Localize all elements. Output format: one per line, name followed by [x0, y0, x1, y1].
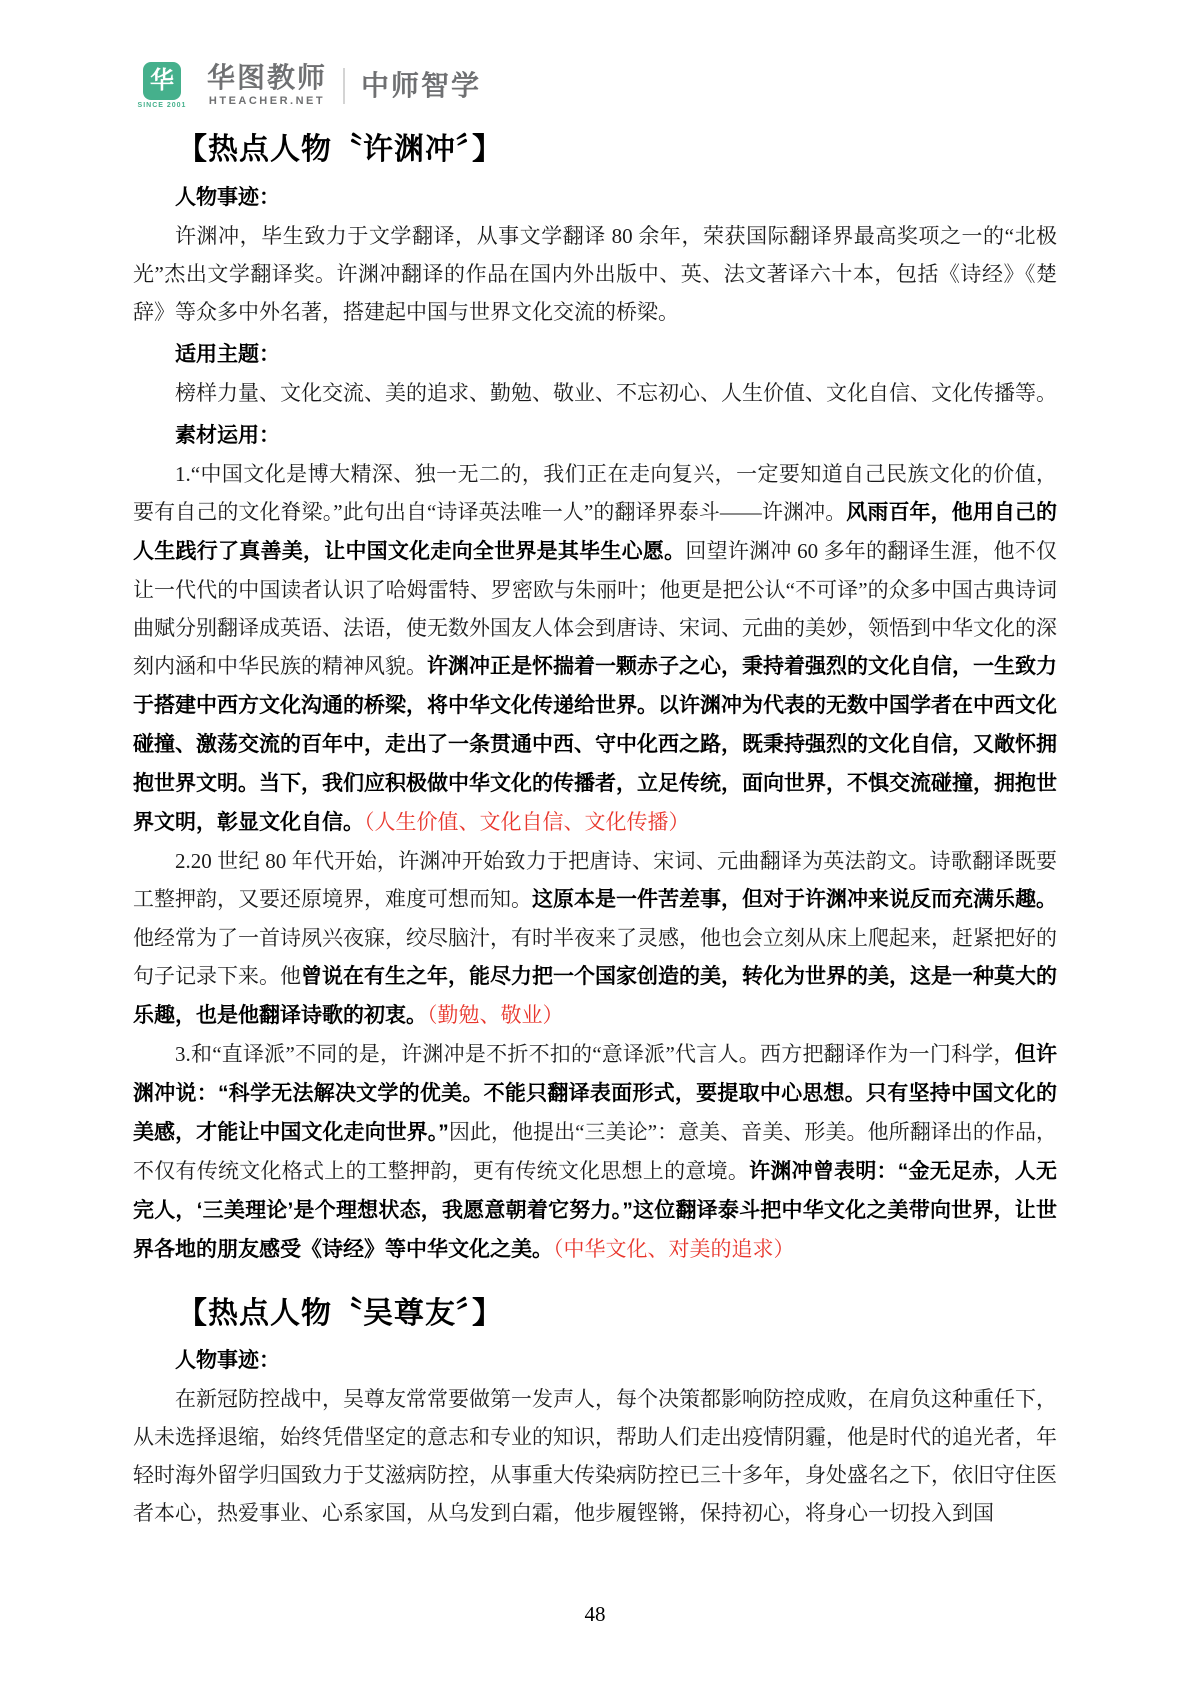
text-run-red: （中华文化、对美的追求） [553, 1237, 795, 1261]
huatu-logo-icon: 华 SINCE 2001 [133, 62, 191, 109]
page-footer: 48 [133, 1602, 1057, 1627]
text-run-normal: 在新冠防控战中，吴尊友常常要做第一发声人，每个决策都影响防控成败，在肩负这种重任… [133, 1387, 1057, 1525]
brand-name-cn-block: 华图教师 HTEACHER.NET [207, 64, 327, 107]
text-run-bold: 许渊冲正是怀揣着一颗赤子之心，秉持着强烈的文化自信，一生致力于搭建中西方文化沟通… [133, 655, 1057, 834]
document-body: 【热点人物〝许渊冲〞】人物事迹：许渊冲，毕生致力于文学翻译，从事文学翻译 80 … [133, 115, 1057, 1532]
paragraph: 榜样力量、文化交流、美的追求、勤勉、敬业、不忘初心、人生价值、文化自信、文化传播… [133, 374, 1057, 412]
document-page: 华 SINCE 2001 华图教师 HTEACHER.NET 中师智学 【热点人… [0, 0, 1190, 1683]
page-number: 48 [585, 1602, 606, 1626]
text-run-normal: 许渊冲，毕生致力于文学翻译，从事文学翻译 80 余年，荣获国际翻译界最高奖项之一… [133, 224, 1057, 324]
brand-divider [343, 68, 345, 104]
paragraph: 2.20 世纪 80 年代开始，许渊冲开始致力于把唐诗、宋词、元曲翻译为英法韵文… [133, 842, 1057, 1035]
huatu-logo-glyph: 华 [143, 62, 181, 100]
subhead: 人物事迹： [133, 1342, 1057, 1380]
subhead: 适用主题： [133, 336, 1057, 374]
paragraph: 许渊冲，毕生致力于文学翻译，从事文学翻译 80 余年，荣获国际翻译界最高奖项之一… [133, 217, 1057, 331]
section-heading: 【热点人物〝许渊冲〞】 [177, 131, 1057, 169]
subhead: 人物事迹： [133, 179, 1057, 217]
brand-name-right: 中师智学 [361, 72, 481, 100]
brand-name-en: HTEACHER.NET [209, 95, 325, 107]
text-run-red: （人生价值、文化自信、文化传播） [364, 810, 690, 834]
text-run-normal: 榜样力量、文化交流、美的追求、勤勉、敬业、不忘初心、人生价值、文化自信、文化传播… [175, 381, 1057, 405]
subhead: 素材运用： [133, 417, 1057, 455]
paragraph: 在新冠防控战中，吴尊友常常要做第一发声人，每个决策都影响防控成败，在肩负这种重任… [133, 1380, 1057, 1532]
brand-name-cn: 华图教师 [207, 64, 327, 92]
paragraph: 1.“中国文化是博大精深、独一无二的，我们正在走向复兴，一定要知道自己民族文化的… [133, 455, 1057, 842]
text-run-normal: 3.和“直译派”不同的是，许渊冲是不折不扣的“意译派”代言人。西方把翻译作为一门… [175, 1042, 1015, 1066]
section-heading: 【热点人物〝吴尊友〞】 [177, 1295, 1057, 1333]
text-run-bold: 这原本是一件苦差事，但对于许渊冲来说反而充满乐趣。 [532, 888, 1057, 911]
text-run-red: （勤勉、敬业） [427, 1003, 564, 1027]
huatu-logo-caption: SINCE 2001 [138, 102, 187, 109]
paragraph: 3.和“直译派”不同的是，许渊冲是不折不扣的“意译派”代言人。西方把翻译作为一门… [133, 1035, 1057, 1269]
brand-header: 华 SINCE 2001 华图教师 HTEACHER.NET 中师智学 [133, 62, 1057, 109]
